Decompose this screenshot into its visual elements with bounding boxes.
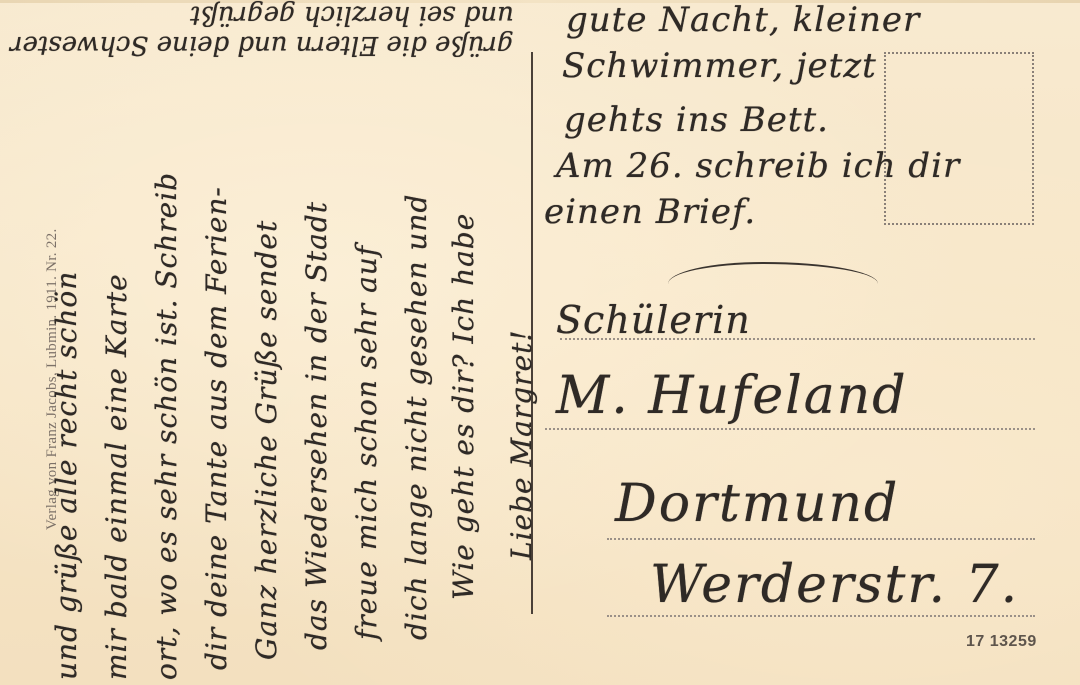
left-message-column: freue mich schon sehr auf [350, 245, 383, 640]
stamp-placeholder-box [884, 52, 1034, 225]
left-message-column: Wie geht es dir? Ich habe [447, 213, 480, 600]
left-message-column: das Wiedersehen in der Stadt [300, 201, 333, 650]
left-message-column: Ganz herzliche Grüße sendet [250, 220, 283, 660]
message-line: Am 26. schreib ich dir [556, 146, 960, 186]
postcard-back: Verlag von Franz Jacobs, Lubmin. 1911. N… [0, 0, 1080, 685]
left-message-column: und grüße alle recht schön [50, 271, 83, 680]
upside-down-line: und sei herzlich gegrüßt [190, 0, 514, 30]
message-line: gute Nacht, kleiner [566, 0, 920, 40]
left-message-column: dich lange nicht gesehen und [400, 194, 433, 640]
left-message-column: ort, wo es sehr schön ist. Schreib [150, 172, 183, 680]
handwritten-flourish [668, 262, 878, 286]
address-city: Dortmund [615, 474, 899, 534]
address-line-4 [607, 615, 1035, 617]
left-message-column: mir bald einmal eine Karte [100, 273, 133, 680]
address-street: Werderstr. 7. [650, 555, 1019, 615]
address-salutation: Schülerin [556, 298, 751, 342]
left-message-column: dir deine Tante aus dem Ferien- [200, 186, 233, 670]
address-line-3 [607, 538, 1035, 540]
left-message-column: Liebe Margret! [505, 329, 538, 560]
message-line: einen Brief. [544, 192, 756, 232]
serial-number: 17 13259 [966, 633, 1037, 651]
address-line-2 [545, 428, 1035, 430]
message-line: gehts ins Bett. [564, 100, 829, 140]
message-line: Schwimmer, jetzt [562, 46, 877, 86]
upside-down-line: grüße die Eltern und deine Schwester [10, 30, 514, 60]
address-name: M. Hufeland [556, 366, 908, 426]
